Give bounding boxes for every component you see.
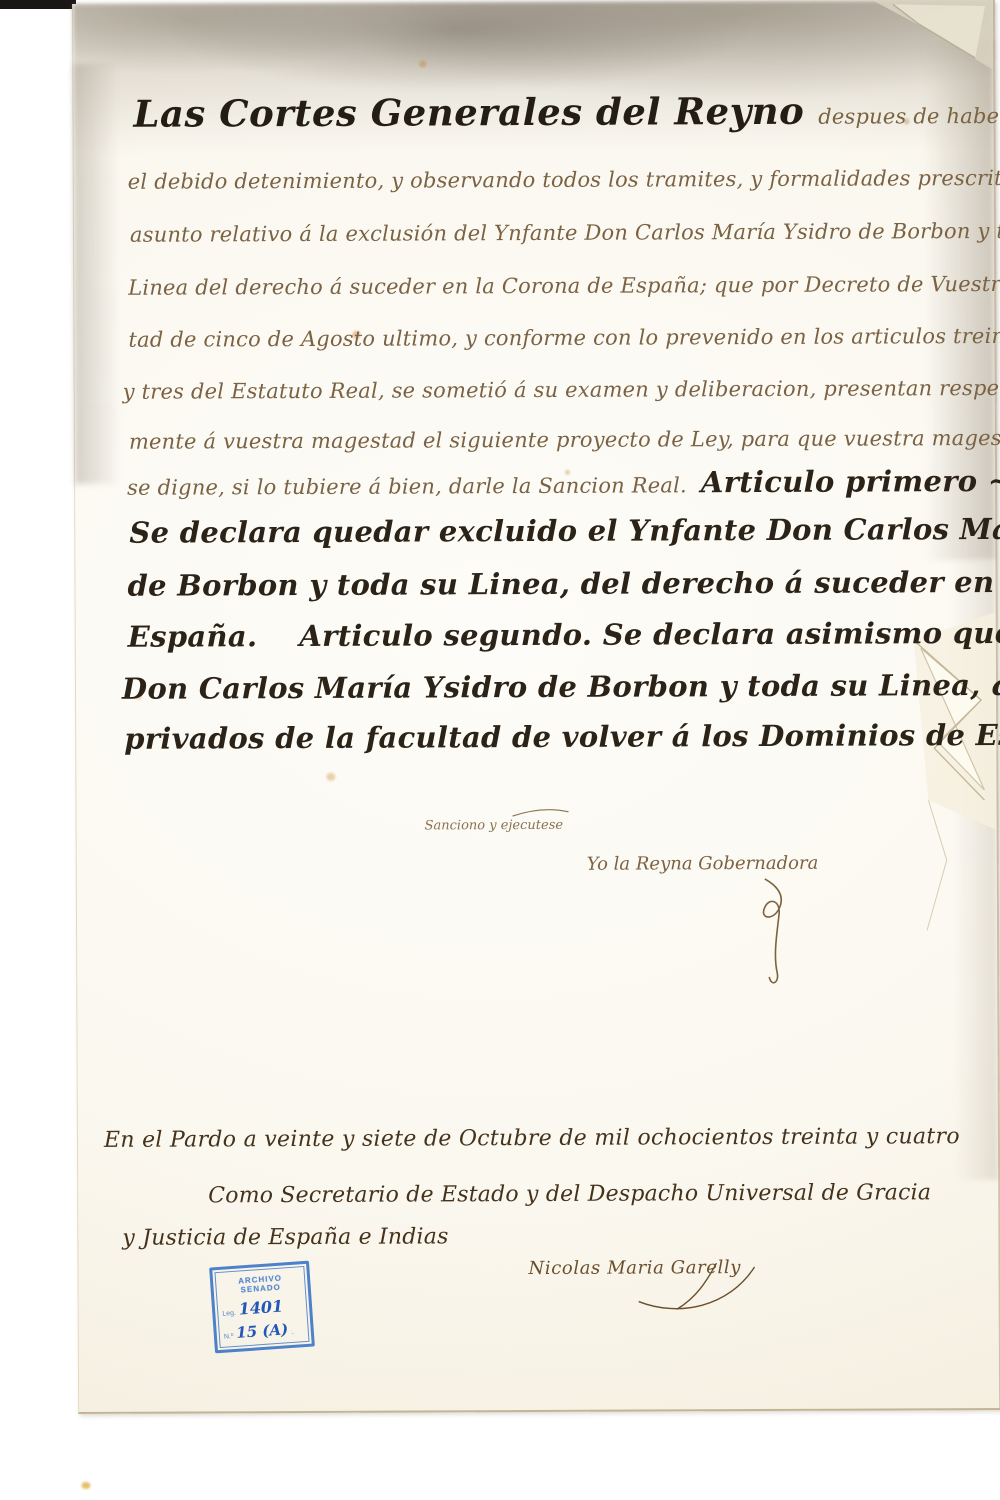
document-page: Las Cortes Generales del Reyno despues d… (72, 0, 1000, 1414)
left-edge-stain (73, 64, 121, 484)
body-line-8-text: se digne, si lo tubiere á bien, darle la… (127, 473, 687, 499)
article-one-heading: Articulo primero ~ (701, 464, 1000, 499)
foxing-spot (326, 773, 335, 781)
body-line-5: tad de cinco de Agosto ultimo, y conform… (128, 323, 1000, 351)
body-line-10: de Borbon y toda su Linea, del derecho á… (127, 564, 1000, 603)
archive-stamp-border: ARCHIVO SENADO Leg. 1401 N.º 15 (A) . (214, 1266, 309, 1348)
archive-stamp-num-row: N.º 15 (A) . (223, 1319, 304, 1343)
stamp-leg-value: 1401 (238, 1296, 284, 1318)
body-line-1-opening: Las Cortes Generales del Reyno (133, 89, 804, 136)
body-line-11: España. Articulo segundo. Se declara asi… (128, 615, 1000, 654)
stamp-num-label: N.º (224, 1333, 234, 1341)
body-line-8: se digne, si lo tubiere á bien, darle la… (127, 464, 1000, 502)
secretary-title-line-1: Como Secretario de Estado y del Despacho… (208, 1180, 931, 1208)
secretary-title-line-2: y Justicia de España e Indias (122, 1224, 448, 1250)
article-two-heading: Articulo segundo. Se declara asimismo qu… (299, 615, 1000, 653)
foxing-spot (81, 1482, 90, 1489)
date-place-line: En el Pardo a veinte y siete de Octubre … (104, 1124, 960, 1153)
body-line-3: asunto relativo á la exclusión del Ynfan… (130, 219, 1000, 247)
article-one-end: España. (128, 619, 258, 654)
secretary-signature: Nicolas Maria Garelly (528, 1257, 741, 1279)
right-edge-stain-lower (951, 560, 998, 1180)
scan-background: Las Cortes Generales del Reyno despues d… (0, 0, 1000, 1500)
body-line-1-continuation: despues de haber examinado con— (818, 103, 1000, 129)
archive-stamp: ARCHIVO SENADO Leg. 1401 N.º 15 (A) . (209, 1261, 315, 1354)
body-line-2: el debido detenimiento, y observando tod… (128, 165, 1000, 193)
body-line-9: Se declara quedar excluido el Ynfante Do… (129, 511, 1000, 550)
scanner-edge-sliver (0, 0, 76, 9)
body-line-6: y tres del Estatuto Real, se sometió á s… (123, 376, 1000, 404)
sanction-note: Sanciono y ejecutese (425, 818, 564, 834)
body-line-7: mente á vuestra magestad el siguiente pr… (129, 426, 1000, 454)
archive-stamp-leg-row: Leg. 1401 (221, 1295, 302, 1320)
foxing-spot (419, 60, 426, 67)
body-line-4: Linea del derecho á suceder en la Corona… (128, 272, 1000, 300)
stamp-trailing-dot: . (291, 1326, 294, 1335)
body-line-12: Don Carlos María Ysidro de Borbon y toda… (122, 668, 1000, 706)
body-line-1: Las Cortes Generales del Reyno despues d… (133, 87, 1000, 136)
stamp-num-value: 15 (A) (236, 1320, 289, 1342)
regent-signature: Yo la Reyna Gobernadora (587, 853, 819, 875)
stamp-leg-label: Leg. (222, 1309, 236, 1317)
archive-stamp-header: ARCHIVO SENADO (220, 1272, 301, 1296)
body-line-13: privados de la facultad de volver á los … (124, 718, 1000, 756)
